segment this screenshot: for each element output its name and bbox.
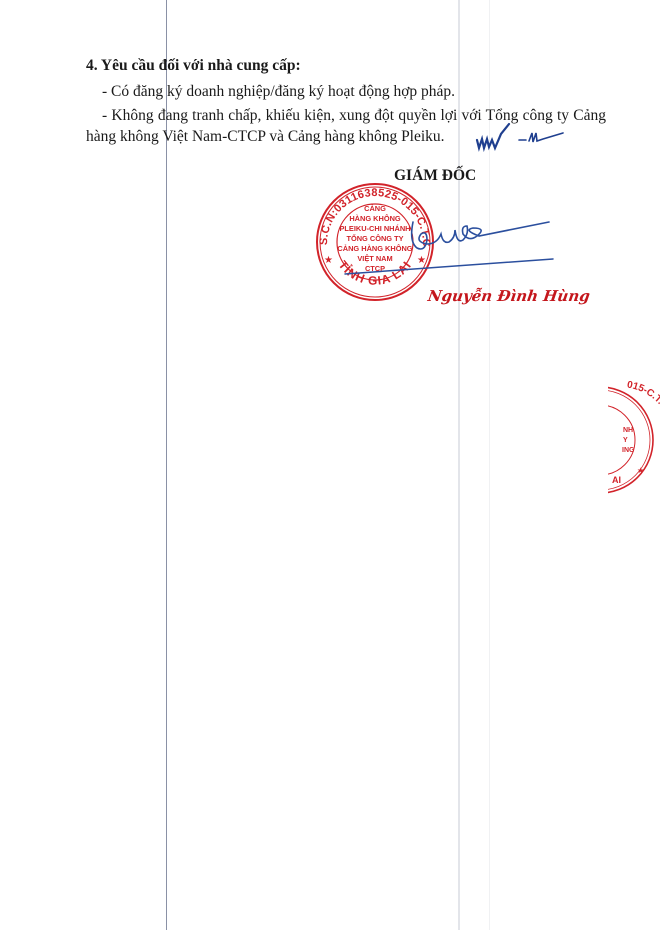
- partial-stamp: 015-C.T.C.P NH Y ING AI ★: [560, 380, 660, 500]
- svg-text:PLEIKU-CHI NHÁNH: PLEIKU-CHI NHÁNH: [339, 224, 410, 233]
- svg-text:ING: ING: [622, 447, 635, 454]
- handwritten-signature-icon: [405, 212, 555, 282]
- initials-signature-icon: [474, 128, 574, 158]
- svg-text:CẢNG: CẢNG: [364, 204, 386, 213]
- svg-text:★: ★: [324, 255, 333, 266]
- requirement-item: - Không đang tranh chấp, khiếu kiện, xun…: [102, 106, 606, 126]
- svg-text:VIỆT NAM: VIỆT NAM: [357, 254, 392, 263]
- scan-line: [458, 0, 460, 930]
- svg-text:AI: AI: [612, 475, 621, 485]
- svg-text:TỔNG CÔNG TY: TỔNG CÔNG TY: [346, 234, 403, 243]
- requirement-item-continuation: hàng không Việt Nam-CTCP và Cảng hàng kh…: [86, 127, 445, 147]
- requirement-item: - Có đăng ký doanh nghiệp/đăng ký hoạt đ…: [102, 82, 455, 102]
- section-heading: 4. Yêu cầu đối với nhà cung cấp:: [86, 57, 301, 75]
- svg-text:NH: NH: [623, 427, 633, 434]
- svg-text:CẢNG HÀNG KHÔNG: CẢNG HÀNG KHÔNG: [337, 244, 412, 253]
- svg-text:★: ★: [637, 466, 644, 475]
- svg-text:Y: Y: [623, 437, 628, 444]
- signer-name: Nguyễn Đình Hùng: [427, 287, 591, 305]
- svg-text:HÀNG KHÔNG: HÀNG KHÔNG: [349, 214, 401, 223]
